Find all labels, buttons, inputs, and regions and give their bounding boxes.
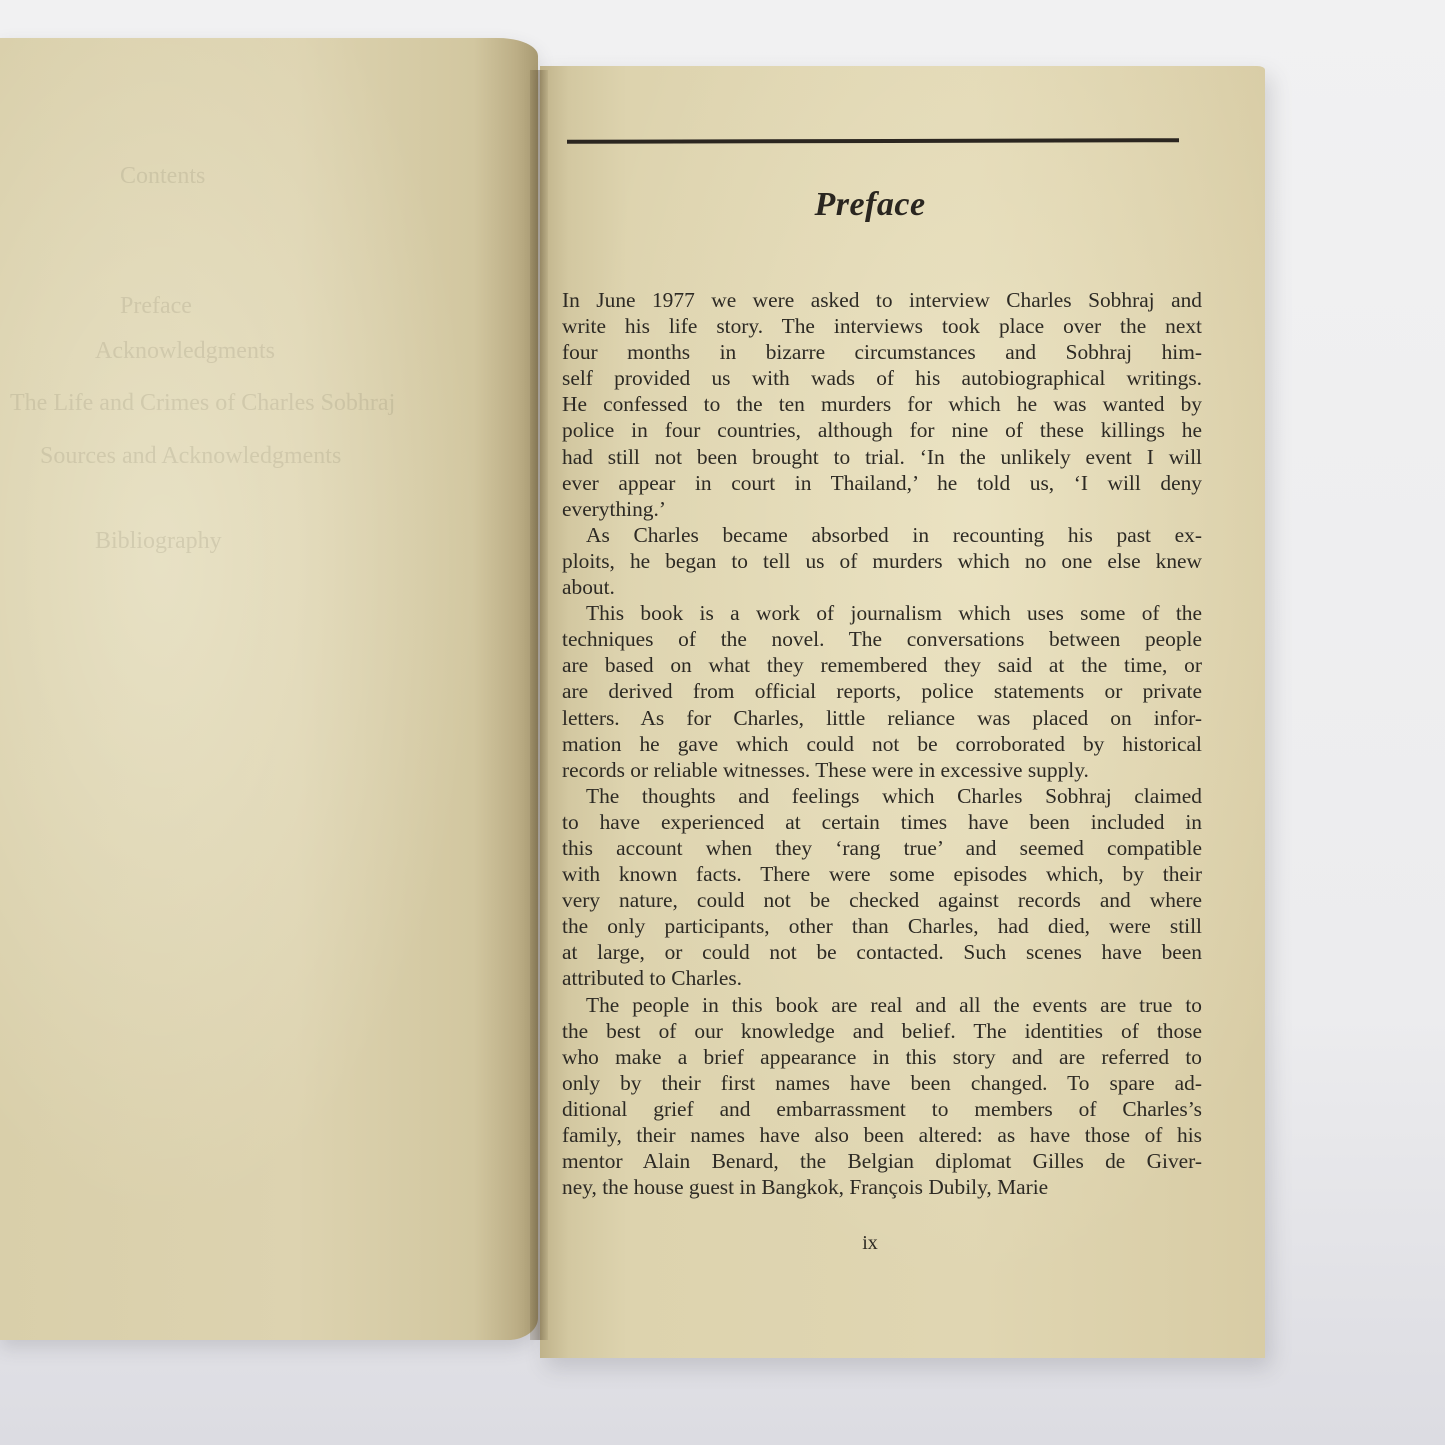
text-line: ney, the house guest in Bangkok, Françoi… [562,1174,1202,1200]
page-number: ix [840,1232,900,1255]
text-line: are based on what they remembered they s… [562,652,1202,678]
text-line: everything.’ [562,496,1202,522]
text-line: about. [562,574,1202,600]
text-line: at large, or could not be contacted. Suc… [562,939,1202,965]
paragraph: In June 1977 we were asked to interview … [562,287,1202,522]
text-line: had still not been brought to trial. ‘In… [562,444,1202,470]
left-page: Contents Preface Acknowledgments The Lif… [0,38,538,1340]
text-line: very nature, could not be checked agains… [562,887,1202,913]
open-book: Contents Preface Acknowledgments The Lif… [0,0,1445,1445]
text-line: letters. As for Charles, little reliance… [562,705,1202,731]
text-line: are derived from official reports, polic… [562,678,1202,704]
text-line: the best of our knowledge and belief. Th… [562,1018,1202,1044]
text-line: ever appear in court in Thailand,’ he to… [562,470,1202,496]
text-line: mentor Alain Benard, the Belgian diploma… [562,1148,1202,1174]
text-line: with known facts. There were some episod… [562,861,1202,887]
chapter-title: Preface [560,186,1180,224]
text-line: the only participants, other than Charle… [562,913,1202,939]
text-line: only by their first names have been chan… [562,1070,1202,1096]
paragraph: The people in this book are real and all… [562,992,1202,1201]
text-line: attributed to Charles. [562,965,1202,991]
text-line: records or reliable witnesses. These wer… [562,757,1202,783]
show-through-text: Acknowledgments [95,338,275,365]
show-through-text: Sources and Acknowledgments [40,443,341,470]
text-line: As Charles became absorbed in recounting… [562,522,1202,548]
text-line: this account when they ‘rang true’ and s… [562,835,1202,861]
text-line: ditional grief and embarrassment to memb… [562,1096,1202,1122]
show-through-text: Contents [120,163,205,190]
text-line: mation he gave which could not be corrob… [562,731,1202,757]
text-line: He confessed to the ten murders for whic… [562,391,1202,417]
text-line: This book is a work of journalism which … [562,600,1202,626]
text-line: In June 1977 we were asked to interview … [562,287,1202,313]
paragraph: This book is a work of journalism which … [562,600,1202,783]
text-line: family, their names have also been alter… [562,1122,1202,1148]
show-through-text: The Life and Crimes of Charles Sobhraj [10,390,395,417]
text-line: techniques of the novel. The conversatio… [562,626,1202,652]
show-through-text: Preface [120,293,192,320]
text-line: self provided us with wads of his autobi… [562,365,1202,391]
text-line: ploits, he began to tell us of murders w… [562,548,1202,574]
text-line: to have experienced at certain times hav… [562,809,1202,835]
text-line: who make a brief appearance in this stor… [562,1044,1202,1070]
text-line: write his life story. The interviews too… [562,313,1202,339]
text-line: The people in this book are real and all… [562,992,1202,1018]
text-line: four months in bizarre circumstances and… [562,339,1202,365]
paragraph: The thoughts and feelings which Charles … [562,783,1202,992]
text-line: The thoughts and feelings which Charles … [562,783,1202,809]
show-through-text: Bibliography [95,528,222,555]
preface-body: In June 1977 we were asked to interview … [562,287,1202,1200]
paragraph: As Charles became absorbed in recounting… [562,522,1202,600]
book-gutter [530,70,548,1340]
text-line: police in four countries, although for n… [562,417,1202,443]
